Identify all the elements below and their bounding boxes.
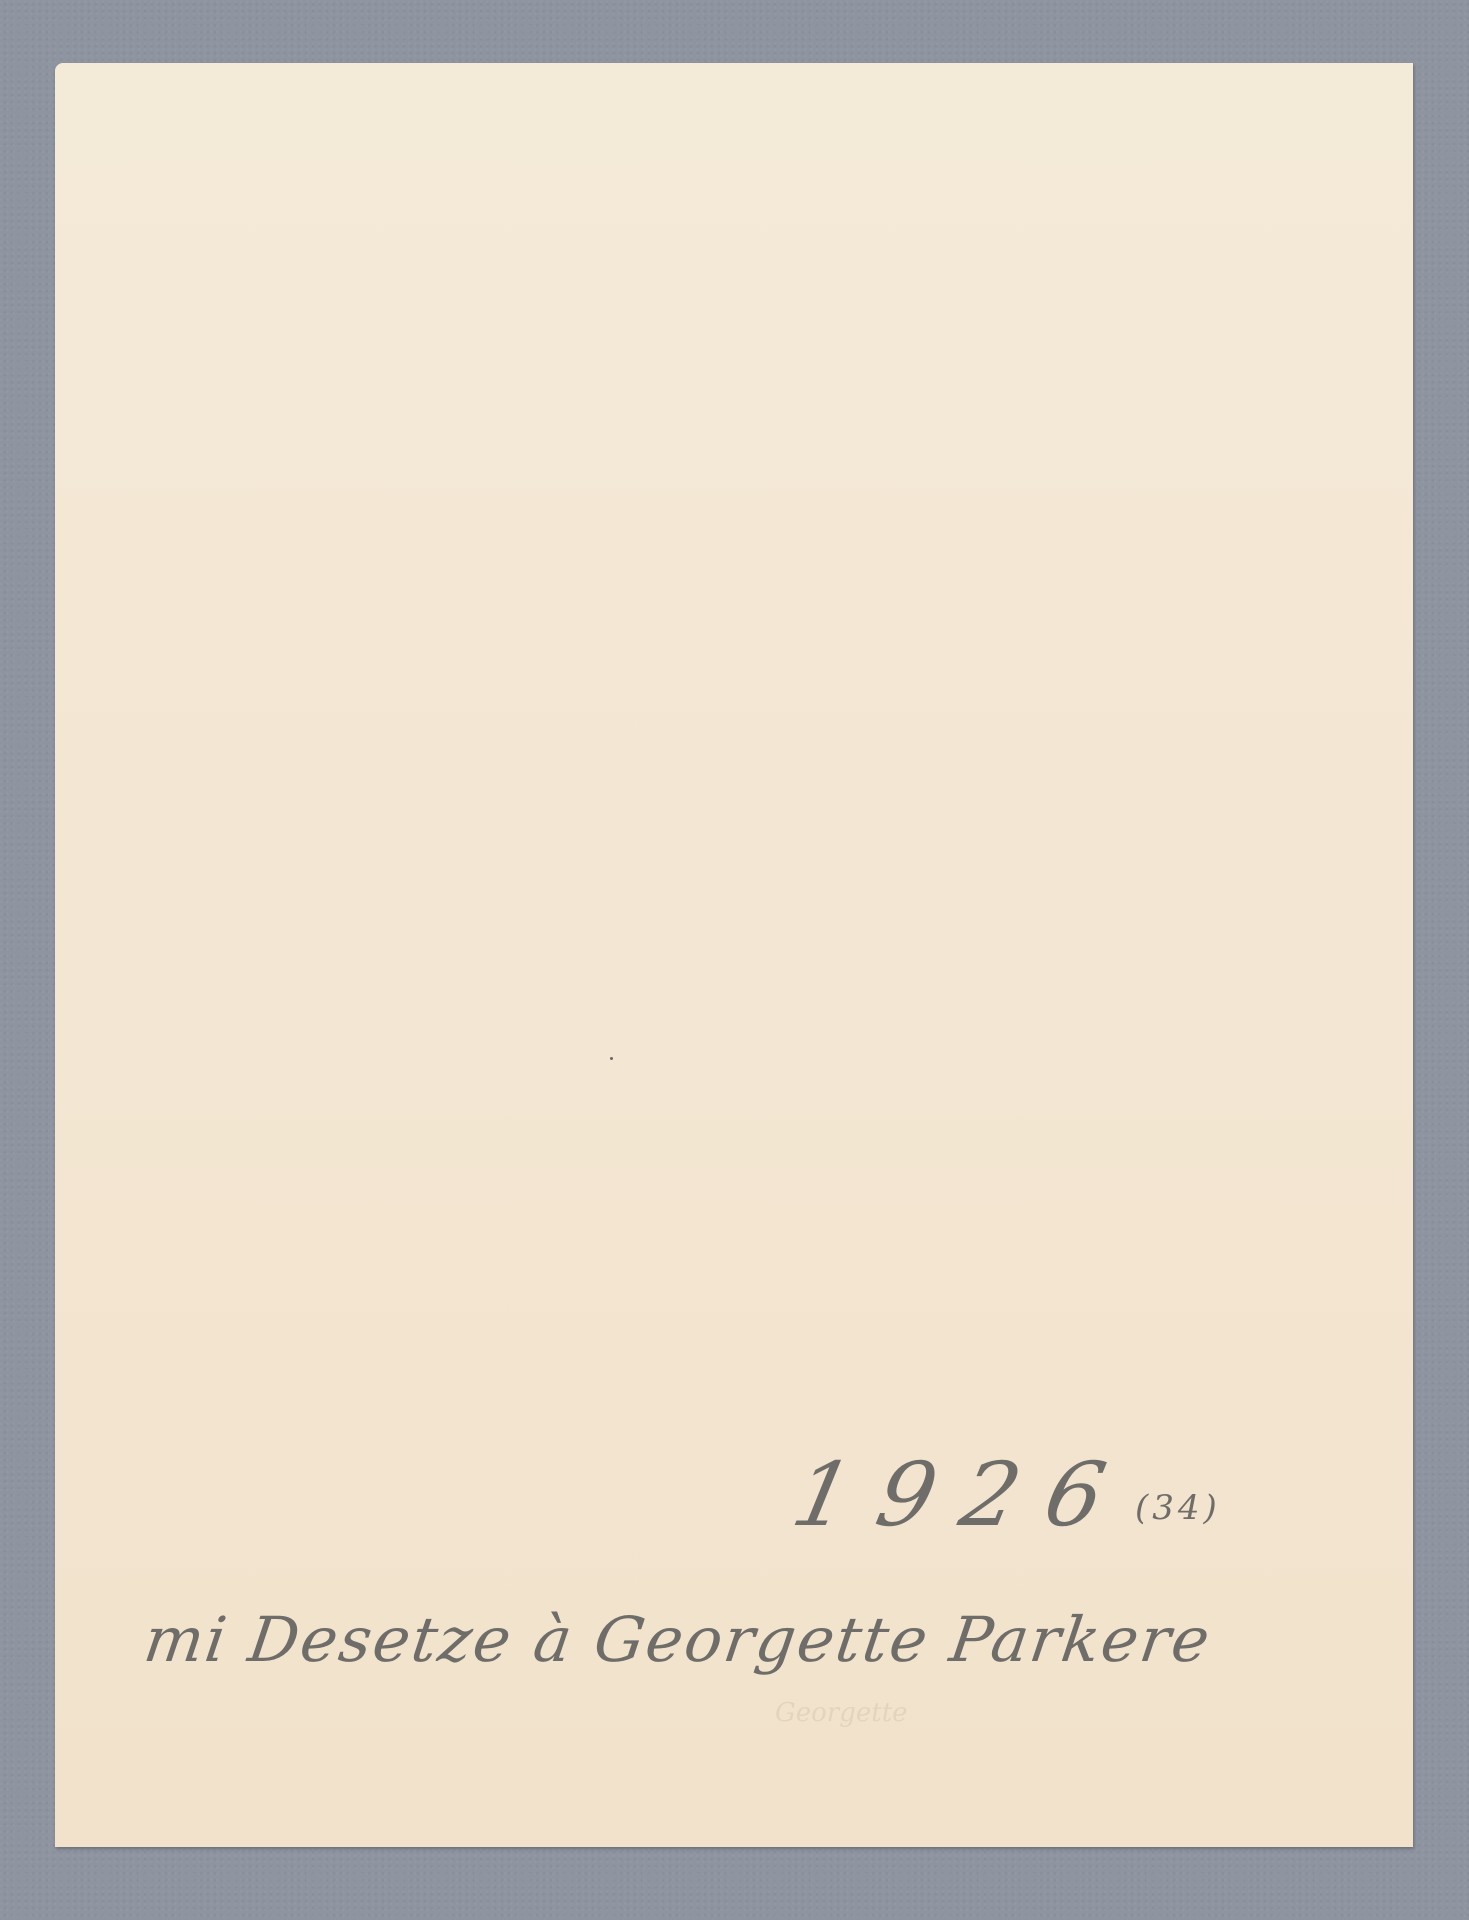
handwritten-caption: mi Desetze à Georgette Parkere	[140, 1603, 1216, 1676]
paper-sheet: 1926 (34) mi Desetze à Georgette Parkere…	[55, 63, 1413, 1847]
handwritten-year: 1926	[784, 1443, 1142, 1546]
ink-speck	[610, 1057, 613, 1060]
faint-erased-text: Georgette	[775, 1698, 1035, 1728]
handwritten-reference-number: (34)	[1135, 1488, 1221, 1528]
